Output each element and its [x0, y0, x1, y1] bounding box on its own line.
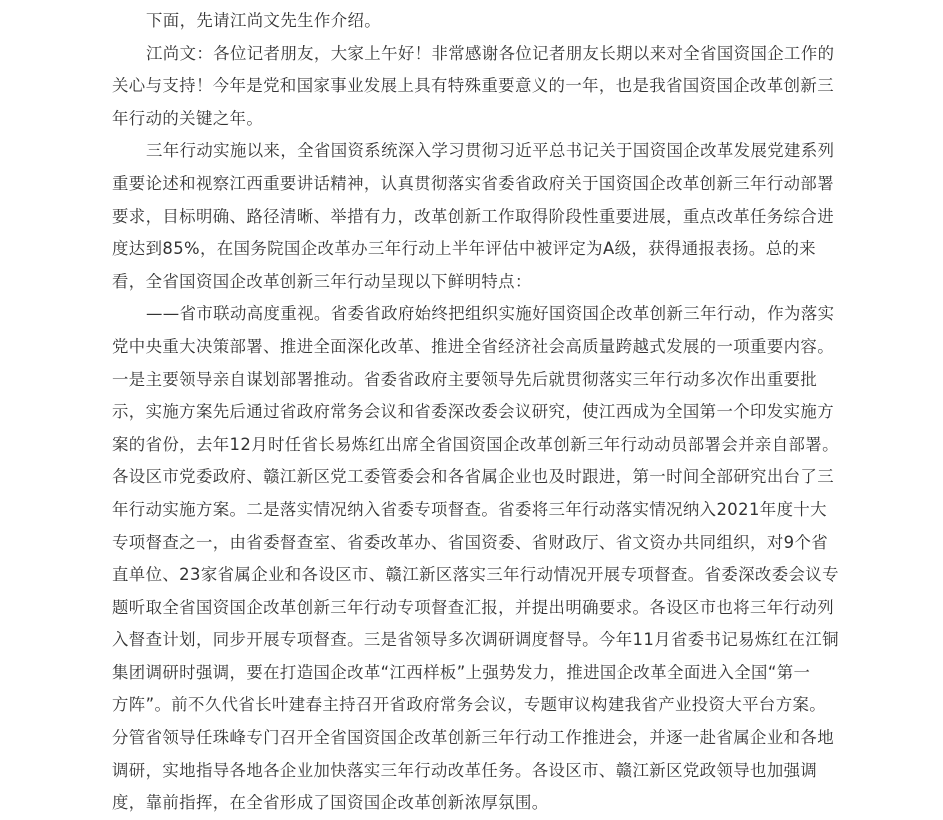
text-line: 各设区市党委政府、赣江新区党工委管委会和各省属企业也及时跟进，第一时间全部研究出… [112, 461, 812, 494]
text-line: 专项督查之一，由省委督查室、省委改革办、省国资委、省财政厅、省文资办共同组织，对… [112, 527, 812, 560]
text-line: ——省市联动高度重视。省委省政府始终把组织实施好国资国企改革创新三年行动，作为落… [112, 298, 812, 331]
paragraph-linkage: ——省市联动高度重视。省委省政府始终把组织实施好国资国企改革创新三年行动，作为落… [112, 298, 812, 754]
text-line: 分管省领导任珠峰专门召开全省国资国企改革创新三年行动工作推进会，并逐一赴省属企业… [112, 722, 812, 754]
text-line: 直单位、23家省属企业和各设区市、赣江新区落实三年行动情况开展专项督查。省委深改… [112, 559, 812, 592]
article-body: 下面，先请江尚文先生作介绍。 江尚文：各位记者朋友，大家上午好！非常感谢各位记者… [112, 5, 812, 754]
text-line: 三年行动实施以来，全省国资系统深入学习贯彻习近平总书记关于国资国企改革发展党建系… [112, 135, 812, 168]
text-line: 重要论述和视察江西重要讲话精神，认真贯彻落实省委省政府关于国资国企改革创新三年行… [112, 168, 812, 201]
text-line: 江尚文：各位记者朋友，大家上午好！非常感谢各位记者朋友长期以来对全省国资国企工作… [112, 38, 812, 71]
paragraph-intro: 下面，先请江尚文先生作介绍。 [112, 5, 812, 38]
text-line: 方阵”。前不久代省长叶建春主持召开省政府常务会议，专题审议构建我省产业投资大平台… [112, 689, 812, 722]
text-line: 题听取全省国资国企改革创新三年行动专项督查汇报，并提出明确要求。各设区市也将三年… [112, 592, 812, 625]
text-line: 一是主要领导亲自谋划部署推动。省委省政府主要领导先后就贯彻落实三年行动多次作出重… [112, 364, 812, 397]
text-line: 要求，目标明确、路径清晰、举措有力，改革创新工作取得阶段性重要进展，重点改革任务… [112, 201, 812, 234]
text-line: 党中央重大决策部署、推进全面深化改革、推进全省经济社会高质量跨越式发展的一项重要… [112, 331, 812, 364]
text-line: 年行动的关键之年。 [112, 103, 812, 136]
text-line: 示，实施方案先后通过省政府常务会议和省委深改委会议研究，使江西成为全国第一个印发… [112, 396, 812, 429]
text-line: 下面，先请江尚文先生作介绍。 [112, 5, 812, 38]
text-line: 案的省份，去年12月时任省长易炼红出席全省国资国企改革创新三年行动动员部署会并亲… [112, 429, 812, 462]
text-line: 看，全省国资国企改革创新三年行动呈现以下鲜明特点： [112, 266, 812, 299]
text-line: 度达到85%，在国务院国企改革办三年行动上半年评估中被评定为A级，获得通报表扬。… [112, 233, 812, 266]
paragraph-progress: 三年行动实施以来，全省国资系统深入学习贯彻习近平总书记关于国资国企改革发展党建系… [112, 135, 812, 298]
paragraph-greeting: 江尚文：各位记者朋友，大家上午好！非常感谢各位记者朋友长期以来对全省国资国企工作… [112, 38, 812, 136]
text-line: 集团调研时强调，要在打造国企改革“江西样板”上强势发力，推进国企改革全面进入全国… [112, 657, 812, 690]
text-line: 关心与支持！今年是党和国家事业发展上具有特殊重要意义的一年，也是我省国资国企改革… [112, 70, 812, 103]
text-line: 入督查计划，同步开展专项督查。三是省领导多次调研调度督导。今年11月省委书记易炼… [112, 624, 812, 657]
text-line: 年行动实施方案。二是落实情况纳入省委专项督查。省委将三年行动落实情况纳入2021… [112, 494, 812, 527]
